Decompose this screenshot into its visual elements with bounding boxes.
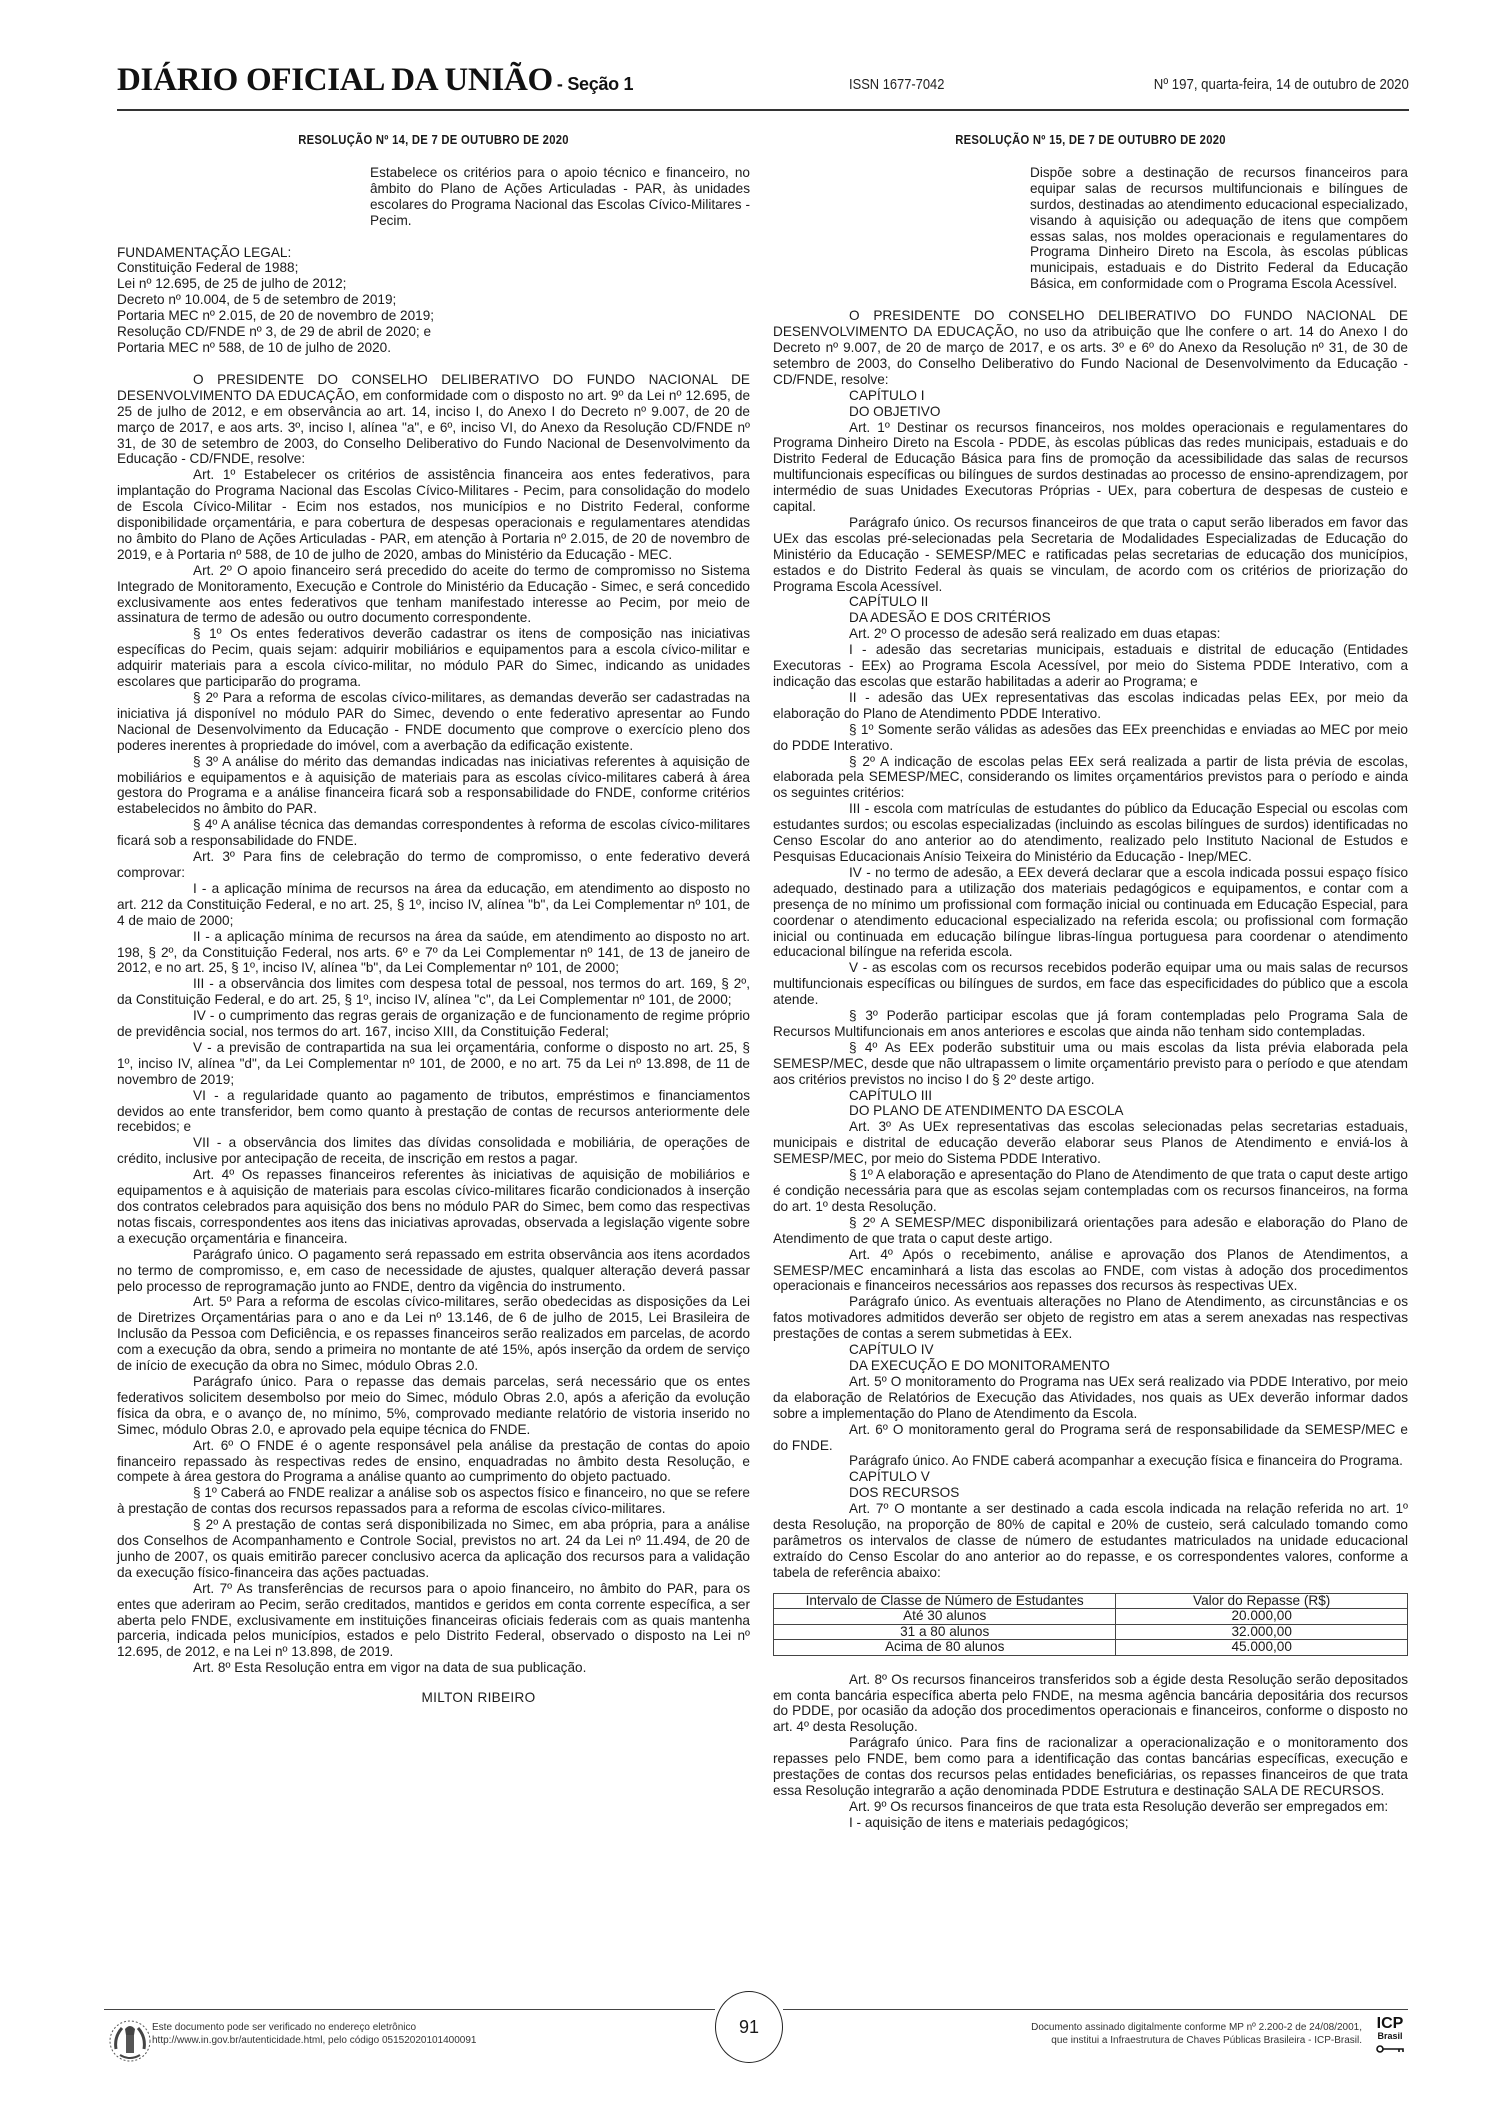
- table-header-row: Intervalo de Classe de Número de Estudan…: [774, 1593, 1408, 1609]
- transfer-value: 45.000,00: [1116, 1640, 1408, 1656]
- chapter-heading: CAPÍTULO III: [773, 1088, 1408, 1104]
- paragraph: Art. 6º O monitoramento geral do Program…: [773, 1422, 1408, 1454]
- paragraph: Art. 1º Destinar os recursos financeiros…: [773, 420, 1408, 515]
- chapter-heading: CAPÍTULO I: [773, 388, 1408, 404]
- paragraph: Parágrafo único. Ao FNDE caberá acompanh…: [773, 1453, 1408, 1469]
- paragraph: Parágrafo único. As eventuais alterações…: [773, 1294, 1408, 1342]
- chapter-heading: DO OBJETIVO: [773, 404, 1408, 420]
- paragraph: Art. 9º Os recursos financeiros de que t…: [773, 1799, 1408, 1815]
- table-row: Até 30 alunos 20.000,00: [774, 1609, 1408, 1625]
- resolution-15-body: O PRESIDENTE DO CONSELHO DELIBERATIVO DO…: [773, 308, 1408, 1581]
- resolution-14-column: RESOLUÇÃO Nº 14, DE 7 DE OUTUBRO DE 2020…: [117, 130, 750, 1706]
- chapter-heading: DO PLANO DE ATENDIMENTO DA ESCOLA: [773, 1103, 1408, 1119]
- paragraph: III - a observância dos limites com desp…: [117, 976, 750, 1008]
- paragraph: Art. 5º O monitoramento do Programa nas …: [773, 1374, 1408, 1422]
- resolution-14-title: RESOLUÇÃO Nº 14, DE 7 DE OUTUBRO DE 2020: [149, 133, 719, 149]
- paragraph: Art. 5º Para a reforma de escolas cívico…: [117, 1294, 750, 1374]
- page-number: 91: [715, 1991, 783, 2063]
- digital-signature-note: Documento assinado digitalmente conforme…: [1031, 2021, 1362, 2047]
- paragraph: VII - a observância dos limites das dívi…: [117, 1135, 750, 1167]
- paragraph: Art. 1º Estabelecer os critérios de assi…: [117, 467, 750, 562]
- paragraph: IV - no termo de adesão, a EEx deverá de…: [773, 865, 1408, 960]
- footer-rule-left: [104, 2009, 715, 2010]
- paragraph: § 3º Poderão participar escolas que já f…: [773, 1008, 1408, 1040]
- icp-brasil-logo-icon: ICP Brasil: [1373, 2013, 1407, 2059]
- paragraph: Art. 4º Os repasses financeiros referent…: [117, 1167, 750, 1247]
- legal-basis-item: Constituição Federal de 1988;: [117, 260, 750, 276]
- national-press-seal-icon: [108, 2019, 152, 2063]
- transfer-value: 20.000,00: [1116, 1609, 1408, 1625]
- paragraph: Art. 2º O apoio financeiro será precedid…: [117, 563, 750, 627]
- paragraph: V - as escolas com os recursos recebidos…: [773, 960, 1408, 1008]
- paragraph: § 4º As EEx poderão substituir uma ou ma…: [773, 1040, 1408, 1088]
- paragraph: Art. 7º O montante a ser destinado a cad…: [773, 1501, 1408, 1581]
- paragraph: I - aquisição de itens e materiais pedag…: [773, 1815, 1408, 1831]
- table-row: 31 a 80 alunos 32.000,00: [774, 1624, 1408, 1640]
- chapter-heading: CAPÍTULO V: [773, 1469, 1408, 1485]
- resolution-15-column: RESOLUÇÃO Nº 15, DE 7 DE OUTUBRO DE 2020…: [773, 130, 1408, 1831]
- legal-basis-item: Portaria MEC nº 2.015, de 20 de novembro…: [117, 308, 750, 324]
- legal-basis-heading: FUNDAMENTAÇÃO LEGAL:: [117, 245, 750, 261]
- issn: ISSN 1677-7042: [849, 76, 944, 93]
- student-range: Acima de 80 alunos: [774, 1640, 1116, 1656]
- paragraph: Art. 4º Após o recebimento, análise e ap…: [773, 1247, 1408, 1295]
- page-number-text: 91: [739, 2017, 759, 2038]
- paragraph: O PRESIDENTE DO CONSELHO DELIBERATIVO DO…: [773, 308, 1408, 388]
- publication-name: DIÁRIO OFICIAL DA UNIÃO: [117, 62, 553, 98]
- table-row: Acima de 80 alunos 45.000,00: [774, 1640, 1408, 1656]
- paragraph: § 3º A análise do mérito das demandas in…: [117, 754, 750, 818]
- paragraph: Art. 2º O processo de adesão será realiz…: [773, 626, 1408, 642]
- paragraph: § 4º A análise técnica das demandas corr…: [117, 817, 750, 849]
- column-header: Valor do Repasse (R$): [1116, 1593, 1408, 1609]
- resolution-14-body: O PRESIDENTE DO CONSELHO DELIBERATIVO DO…: [117, 372, 750, 1676]
- paragraph: Parágrafo único. O pagamento será repass…: [117, 1247, 750, 1295]
- paragraph: § 2º Para a reforma de escolas cívico-mi…: [117, 690, 750, 754]
- chapter-heading: CAPÍTULO IV: [773, 1342, 1408, 1358]
- legal-basis-item: Resolução CD/FNDE nº 3, de 29 de abril d…: [117, 324, 750, 340]
- section-label: - Seção 1: [557, 74, 633, 94]
- paragraph: § 1º Somente serão válidas as adesões da…: [773, 722, 1408, 754]
- icp-logo-top: ICP: [1377, 2015, 1404, 2032]
- paragraph: Art. 3º As UEx representativas das escol…: [773, 1119, 1408, 1167]
- paragraph: Parágrafo único. Para o repasse das dema…: [117, 1374, 750, 1438]
- paragraph: § 2º A prestação de contas será disponib…: [117, 1517, 750, 1581]
- paragraph: Art. 8º Os recursos financeiros transfer…: [773, 1672, 1408, 1736]
- student-range: Até 30 alunos: [774, 1609, 1116, 1625]
- paragraph: Art. 7º As transferências de recursos pa…: [117, 1581, 750, 1661]
- footer-rule-right: [783, 2009, 1408, 2010]
- paragraph: I - adesão das secretarias municipais, e…: [773, 642, 1408, 690]
- paragraph: § 1º Caberá ao FNDE realizar a análise s…: [117, 1485, 750, 1517]
- paragraph: IV - o cumprimento das regras gerais de …: [117, 1008, 750, 1040]
- legal-basis-item: Lei nº 12.695, de 25 de julho de 2012;: [117, 276, 750, 292]
- paragraph: Parágrafo único. Os recursos financeiros…: [773, 515, 1408, 595]
- paragraph: Art. 6º O FNDE é o agente responsável pe…: [117, 1438, 750, 1486]
- paragraph: Art. 8º Esta Resolução entra em vigor na…: [117, 1660, 750, 1676]
- resolution-15-ementa: Dispõe sobre a destinação de recursos fi…: [1030, 165, 1408, 292]
- paragraph: V - a previsão de contrapartida na sua l…: [117, 1040, 750, 1088]
- reference-table: Intervalo de Classe de Número de Estudan…: [773, 1593, 1408, 1656]
- header-rule: [117, 109, 1409, 111]
- masthead-title: DIÁRIO OFICIAL DA UNIÃO- Seção 1: [117, 62, 633, 99]
- paragraph: § 2º A indicação de escolas pelas EEx se…: [773, 754, 1408, 802]
- paragraph: Parágrafo único. Para fins de racionaliz…: [773, 1735, 1408, 1799]
- verification-link[interactable]: http://www.in.gov.br/autenticidade.html,…: [152, 2034, 477, 2047]
- signature-text-2: que institui a Infraestrutura de Chaves …: [1031, 2034, 1362, 2047]
- paragraph: II - adesão das UEx representativas das …: [773, 690, 1408, 722]
- student-range: 31 a 80 alunos: [774, 1624, 1116, 1640]
- chapter-heading: DA ADESÃO E DOS CRITÉRIOS: [773, 610, 1408, 626]
- legal-basis: FUNDAMENTAÇÃO LEGAL:Constituição Federal…: [117, 245, 750, 356]
- legal-basis-item: Decreto nº 10.004, de 5 de setembro de 2…: [117, 292, 750, 308]
- resolution-15-title: RESOLUÇÃO Nº 15, DE 7 DE OUTUBRO DE 2020: [805, 133, 1377, 149]
- paragraph: § 1º A elaboração e apresentação do Plan…: [773, 1167, 1408, 1215]
- paragraph: O PRESIDENTE DO CONSELHO DELIBERATIVO DO…: [117, 372, 750, 467]
- column-header: Intervalo de Classe de Número de Estudan…: [774, 1593, 1116, 1609]
- paragraph: VI - a regularidade quanto ao pagamento …: [117, 1088, 750, 1136]
- resolution-15-body-continued: Art. 8º Os recursos financeiros transfer…: [773, 1672, 1408, 1831]
- paragraph: III - escola com matrículas de estudante…: [773, 801, 1408, 865]
- signature-text-1: Documento assinado digitalmente conforme…: [1031, 2021, 1362, 2034]
- paragraph: § 1º Os entes federativos deverão cadast…: [117, 626, 750, 690]
- chapter-heading: DA EXECUÇÃO E DO MONITORAMENTO: [773, 1358, 1408, 1374]
- signature: MILTON RIBEIRO: [117, 1690, 750, 1706]
- verification-text: Este documento pode ser verificado no en…: [152, 2021, 477, 2034]
- paragraph: § 2º A SEMESP/MEC disponibilizará orient…: [773, 1215, 1408, 1247]
- icp-logo-bottom: Brasil: [1377, 2031, 1402, 2041]
- chapter-heading: CAPÍTULO II: [773, 594, 1408, 610]
- verification-note: Este documento pode ser verificado no en…: [152, 2021, 477, 2047]
- chapter-heading: DOS RECURSOS: [773, 1485, 1408, 1501]
- paragraph: Art. 3º Para fins de celebração do termo…: [117, 849, 750, 881]
- paragraph: I - a aplicação mínima de recursos na ár…: [117, 881, 750, 929]
- resolution-14-ementa: Estabelece os critérios para o apoio téc…: [370, 165, 750, 229]
- legal-basis-item: Portaria MEC nº 588, de 10 de julho de 2…: [117, 340, 750, 356]
- paragraph: II - a aplicação mínima de recursos na á…: [117, 929, 750, 977]
- edition-date: Nº 197, quarta-feira, 14 de outubro de 2…: [1154, 76, 1409, 93]
- transfer-value: 32.000,00: [1116, 1624, 1408, 1640]
